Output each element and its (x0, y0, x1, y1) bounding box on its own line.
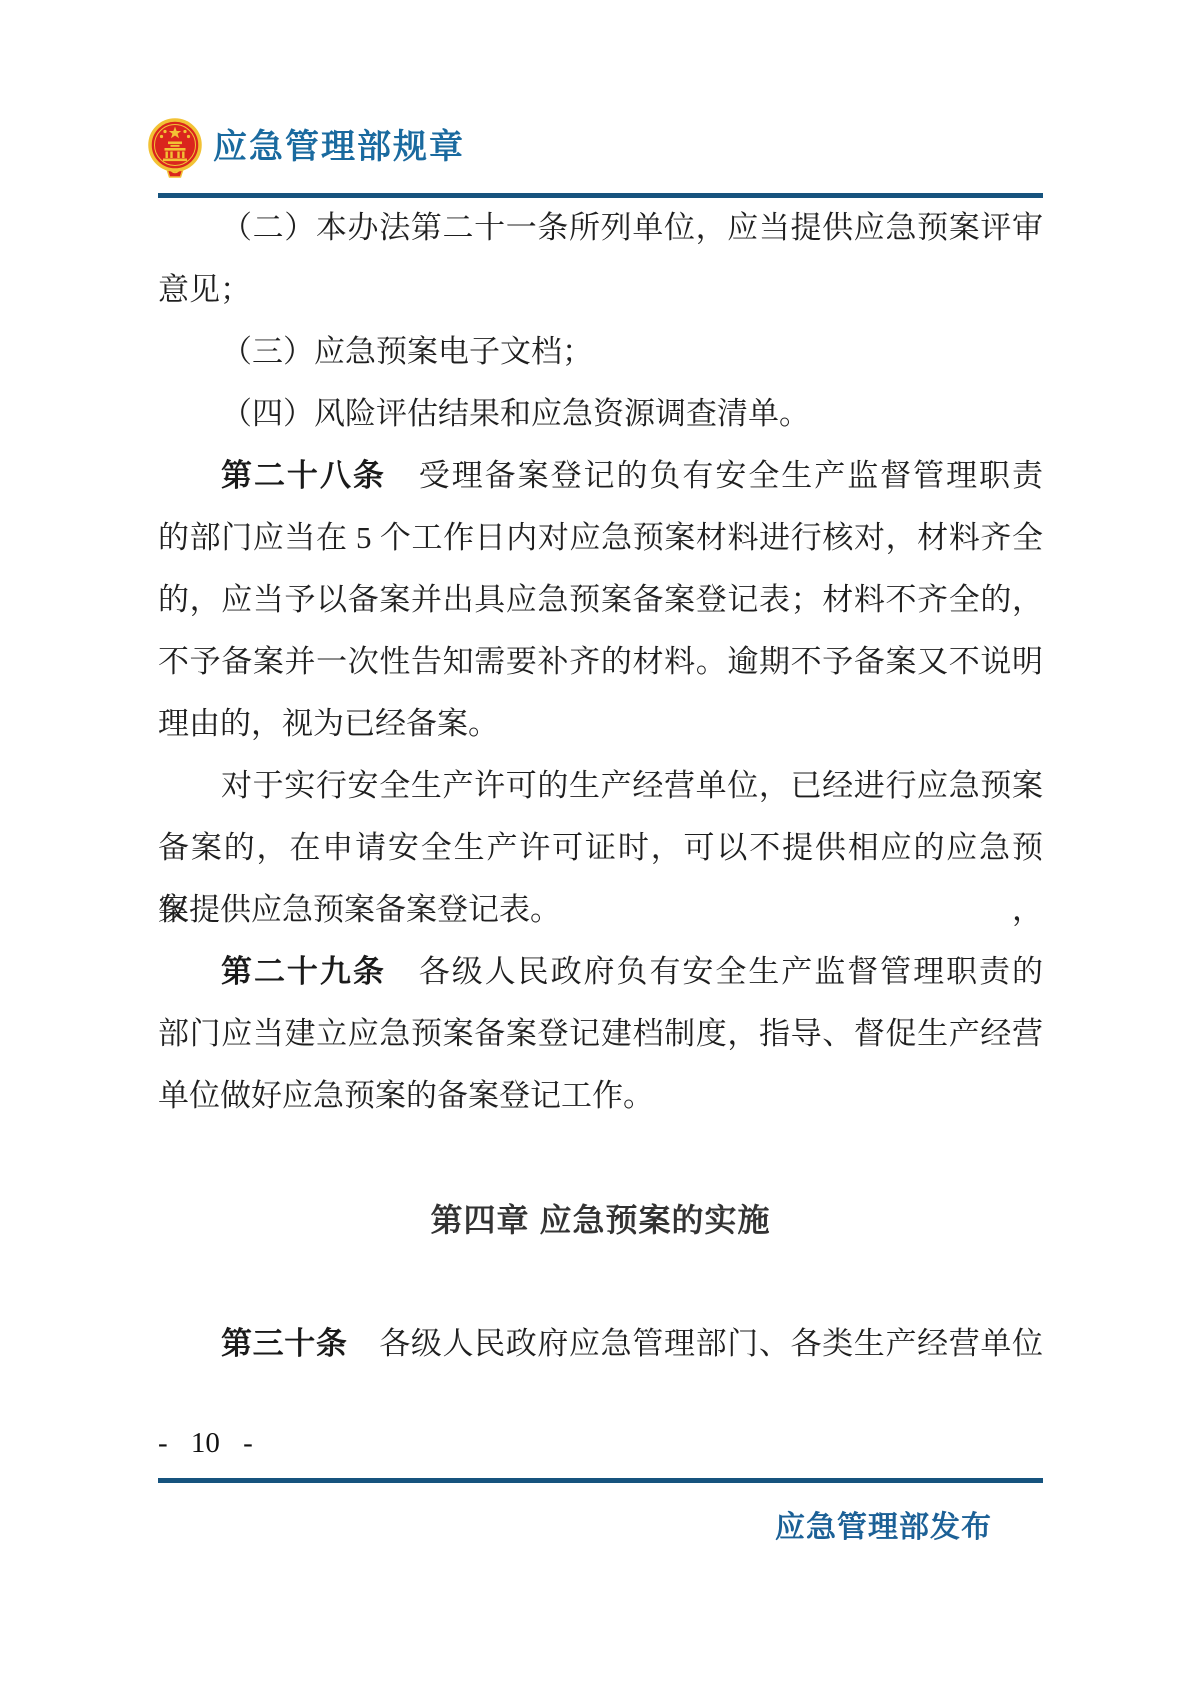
national-emblem-icon (146, 118, 204, 178)
publisher-label: 应急管理部发布 (775, 1502, 992, 1546)
text-line: 的部门应当在 5 个工作日内对应急预案材料进行核对，材料齐全 (158, 507, 1043, 569)
article-number: 第二十八条 (221, 458, 386, 493)
text-line: 不予备案并一次性告知需要补齐的材料。逾期不予备案又不说明 (158, 631, 1043, 693)
text-line-article-29: 第二十九条 各级人民政府负有安全生产监督管理职责的 (158, 941, 1043, 1003)
text-line-article-28: 第二十八条 受理备案登记的负有安全生产监督管理职责 (158, 445, 1043, 507)
page-number: - 10 - (158, 1427, 253, 1460)
text-line: 单位做好应急预案的备案登记工作。 (158, 1065, 1043, 1127)
text-line: 备案的，在申请安全生产许可证时，可以不提供相应的应急预案， (158, 817, 1043, 879)
text-line: 意见； (158, 259, 1043, 321)
article-number: 第三十条 (221, 1326, 348, 1361)
text-line: （三）应急预案电子文档； (158, 321, 1043, 383)
text-line: 的，应当予以备案并出具应急预案备案登记表；材料不齐全的， (158, 569, 1043, 631)
text-line: （二）本办法第二十一条所列单位，应当提供应急预案评审 (158, 197, 1043, 259)
document-header-title: 应急管理部规章 (213, 118, 465, 178)
text-line: 理由的，视为已经备案。 (158, 693, 1043, 755)
text-line-article-30: 第三十条 各级人民政府应急管理部门、各类生产经营单位 (158, 1313, 1043, 1375)
text-line: 对于实行安全生产许可的生产经营单位，已经进行应急预案 (158, 755, 1043, 817)
footer-divider (158, 1478, 1043, 1483)
spacer (158, 1127, 1043, 1189)
text-line: 部门应当建立应急预案备案登记建档制度，指导、督促生产经营 (158, 1003, 1043, 1065)
text-line: （四）风险评估结果和应急资源调查清单。 (158, 383, 1043, 445)
chapter-heading: 第四章 应急预案的实施 (158, 1189, 1043, 1251)
document-body: （二）本办法第二十一条所列单位，应当提供应急预案评审 意见； （三）应急预案电子… (158, 197, 1043, 1375)
document-page: { "doc": { "header": { "title": "应急管理部规章… (0, 0, 1190, 1683)
document-header: 应急管理部规章 (146, 118, 465, 178)
spacer (158, 1251, 1043, 1313)
article-number: 第二十九条 (221, 954, 386, 989)
